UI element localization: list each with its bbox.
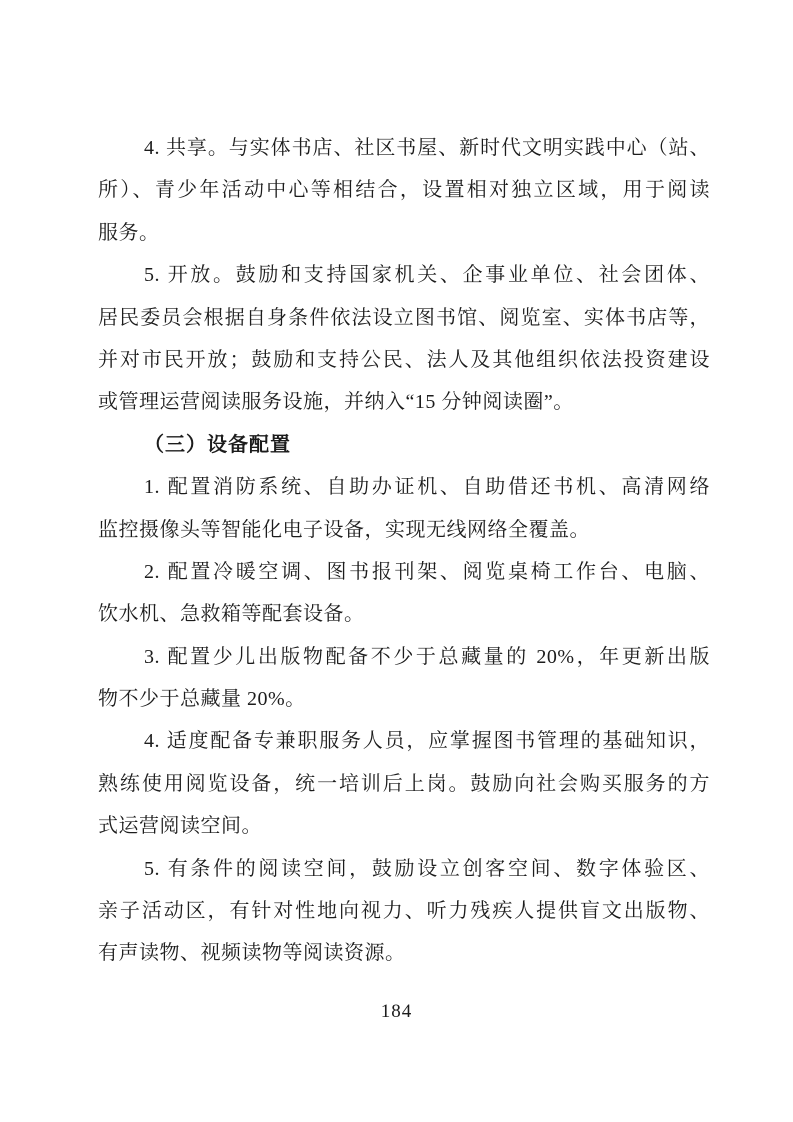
paragraph-share: 4. 共享。与实体书店、社区书屋、新时代文明实践中心（站、 所）、青少年活动中心… <box>98 127 710 254</box>
text-line: 3. 配置少儿出版物配备不少于总藏量的 20%，年更新出版 <box>98 636 710 678</box>
text-line: 亲子活动区，有针对性地向视力、听力残疾人提供盲文出版物、 <box>98 890 710 932</box>
text-line: 居民委员会根据自身条件依法设立图书馆、阅览室、实体书店等， <box>98 297 710 339</box>
text-line: 2. 配置冷暖空调、图书报刊架、阅览桌椅工作台、电脑、 <box>98 551 710 593</box>
text-line: 所）、青少年活动中心等相结合，设置相对独立区域，用于阅读 <box>98 169 710 211</box>
text-line: 5. 有条件的阅读空间，鼓励设立创客空间、数字体验区、 <box>98 848 710 890</box>
section-heading: （三）设备配置 <box>98 424 710 466</box>
text-line: 4. 适度配备专兼职服务人员，应掌握图书管理的基础知识， <box>98 720 710 762</box>
text-line: 熟练使用阅览设备，统一培训后上岗。鼓励向社会购买服务的方 <box>98 763 710 805</box>
paragraph-equipment-3: 3. 配置少儿出版物配备不少于总藏量的 20%，年更新出版 物不少于总藏量 20… <box>98 636 710 721</box>
text-line: 有声读物、视频读物等阅读资源。 <box>98 932 710 974</box>
page-number: 184 <box>0 1001 793 1023</box>
text-line: 并对市民开放；鼓励和支持公民、法人及其他组织依法投资建设 <box>98 339 710 381</box>
text-line: 监控摄像头等智能化电子设备，实现无线网络全覆盖。 <box>98 509 710 551</box>
page-content: 4. 共享。与实体书店、社区书屋、新时代文明实践中心（站、 所）、青少年活动中心… <box>98 127 710 975</box>
text-line: 5. 开放。鼓励和支持国家机关、企事业单位、社会团体、 <box>98 254 710 296</box>
text-line: 物不少于总藏量 20%。 <box>98 678 710 720</box>
text-line: 服务。 <box>98 212 710 254</box>
text-line: 或管理运营阅读服务设施，并纳入“15 分钟阅读圈”。 <box>98 381 710 423</box>
text-line: 饮水机、急救箱等配套设备。 <box>98 593 710 635</box>
text-line: 4. 共享。与实体书店、社区书屋、新时代文明实践中心（站、 <box>98 127 710 169</box>
paragraph-equipment-5: 5. 有条件的阅读空间，鼓励设立创客空间、数字体验区、 亲子活动区，有针对性地向… <box>98 848 710 975</box>
paragraph-open: 5. 开放。鼓励和支持国家机关、企事业单位、社会团体、 居民委员会根据自身条件依… <box>98 254 710 424</box>
section-heading-equipment: （三）设备配置 <box>98 424 710 466</box>
text-line: 1. 配置消防系统、自助办证机、自助借还书机、高清网络 <box>98 466 710 508</box>
text-line: 式运营阅读空间。 <box>98 805 710 847</box>
paragraph-equipment-1: 1. 配置消防系统、自助办证机、自助借还书机、高清网络 监控摄像头等智能化电子设… <box>98 466 710 551</box>
paragraph-equipment-2: 2. 配置冷暖空调、图书报刊架、阅览桌椅工作台、电脑、 饮水机、急救箱等配套设备… <box>98 551 710 636</box>
paragraph-equipment-4: 4. 适度配备专兼职服务人员，应掌握图书管理的基础知识， 熟练使用阅览设备，统一… <box>98 720 710 847</box>
document-page: 4. 共享。与实体书店、社区书屋、新时代文明实践中心（站、 所）、青少年活动中心… <box>0 0 793 1122</box>
